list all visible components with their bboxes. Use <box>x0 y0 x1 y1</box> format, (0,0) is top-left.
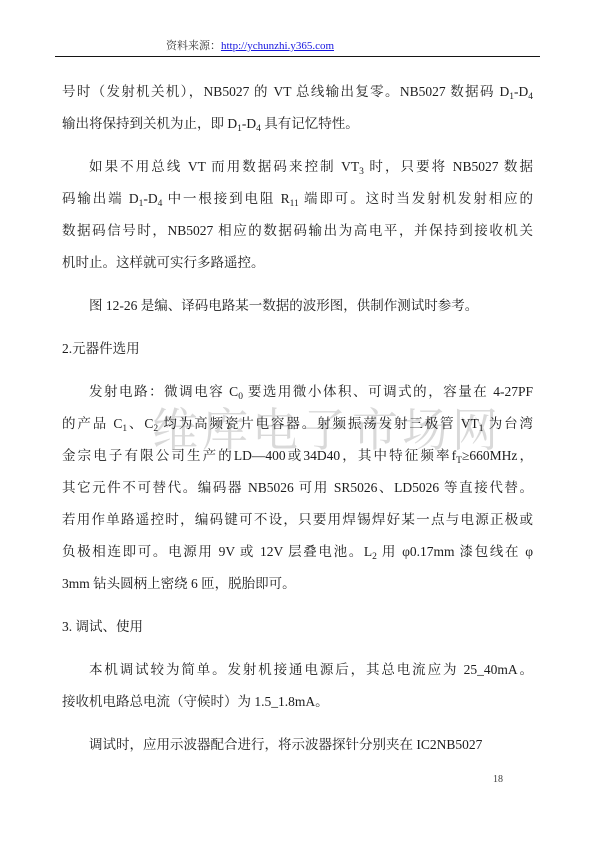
subscript-text: 1 <box>479 424 484 434</box>
text-line: 图 12-26 是编、译码电路某一数据的波形图，供制作测试时参考。 <box>62 290 533 322</box>
section-heading: 2.元器件选用 <box>62 333 533 365</box>
paragraph: 本机调试较为简单。发射机接通电源后，其总电流应为 25_40mA。接收机电路总电… <box>62 654 533 718</box>
page-header: 资料来源：http://ychunzhi.y365.com <box>0 37 500 53</box>
text-line: 接收机电路总电流（守候时）为 1.5_1.8mA。 <box>62 686 533 718</box>
subscript-text: 1 <box>122 424 127 434</box>
header-source-label: 资料来源： <box>166 40 221 52</box>
text-line: 输出将保持到关机为止，即 D1-D4 具有记忆特性。 <box>62 108 533 140</box>
text-line: 机时止。这样就可实行多路遥控。 <box>62 247 533 279</box>
subscript-text: 4 <box>528 92 533 102</box>
subscript-text: 0 <box>238 392 243 402</box>
paragraph: 发射电路：微调电容 C0 要选用微小体积、可调式的，容量在 4-27PF的产品 … <box>62 376 533 600</box>
text-line: 3mm 钻头圆柄上密绕 6 匝，脱胎即可。 <box>62 568 533 600</box>
text-line: 发射电路：微调电容 C0 要选用微小体积、可调式的，容量在 4-27PF <box>62 376 533 408</box>
subscript-text: 2 <box>372 552 377 562</box>
subscript-text: 11 <box>290 199 299 209</box>
header-source-link[interactable]: http://ychunzhi.y365.com <box>221 40 334 52</box>
paragraph: 如果不用总线 VT 而用数据码来控制 VT3 时，只要将 NB5027 数据码输… <box>62 151 533 279</box>
page-number: 18 <box>493 774 503 785</box>
text-line: 其它元件不可替代。编码器 NB5026 可用 SR5026、LD5026 等直接… <box>62 472 533 504</box>
subscript-text: 3 <box>359 167 364 177</box>
text-line: 负极相连即可。电源用 9V 或 12V 层叠电池。L2 用 φ0.17mm 漆包… <box>62 536 533 568</box>
paragraph: 号时（发射机关机），NB5027 的 VT 总线输出复零。NB5027 数据码 … <box>62 76 533 140</box>
text-line: 调试时，应用示波器配合进行，将示波器探针分别夹在 IC2NB5027 <box>62 729 533 761</box>
subscript-text: 2 <box>153 424 158 434</box>
text-line: 号时（发射机关机），NB5027 的 VT 总线输出复零。NB5027 数据码 … <box>62 76 533 108</box>
subscript-text: 4 <box>158 199 163 209</box>
text-line: 如果不用总线 VT 而用数据码来控制 VT3 时，只要将 NB5027 数据 <box>62 151 533 183</box>
text-line: 的产品 C1、C2 均为高频瓷片电容器。射频振荡发射三极管 VT1 为台湾 <box>62 408 533 440</box>
paragraph: 调试时，应用示波器配合进行，将示波器探针分别夹在 IC2NB5027 <box>62 729 533 761</box>
subscript-text: 1 <box>237 124 242 134</box>
section-heading: 3. 调试、使用 <box>62 611 533 643</box>
document-content: 号时（发射机关机），NB5027 的 VT 总线输出复零。NB5027 数据码 … <box>62 76 533 772</box>
document-page: 资料来源：http://ychunzhi.y365.com 维库电子市场网 号时… <box>0 0 595 842</box>
subscript-text: 1 <box>139 199 144 209</box>
text-line: 金宗电子有限公司生产的LD—400或34D40，其中特征频率fT≥660MHz， <box>62 440 533 472</box>
text-line: 数据码信号时，NB5027 相应的数据码输出为高电平，并保持到接收机关 <box>62 215 533 247</box>
subscript-text: 1 <box>509 92 514 102</box>
text-line: 2.元器件选用 <box>62 333 533 365</box>
text-line: 3. 调试、使用 <box>62 611 533 643</box>
header-rule <box>55 56 540 57</box>
subscript-text: 4 <box>256 124 261 134</box>
text-line: 本机调试较为简单。发射机接通电源后，其总电流应为 25_40mA。 <box>62 654 533 686</box>
text-line: 码输出端 D1-D4 中一根接到电阻 R11 端即可。这时当发射机发射相应的 <box>62 183 533 215</box>
text-line: 若用作单路遥控时，编码键可不设，只要用焊锡焊好某一点与电源正极或 <box>62 504 533 536</box>
paragraph: 图 12-26 是编、译码电路某一数据的波形图，供制作测试时参考。 <box>62 290 533 322</box>
subscript-text: T <box>456 456 462 466</box>
